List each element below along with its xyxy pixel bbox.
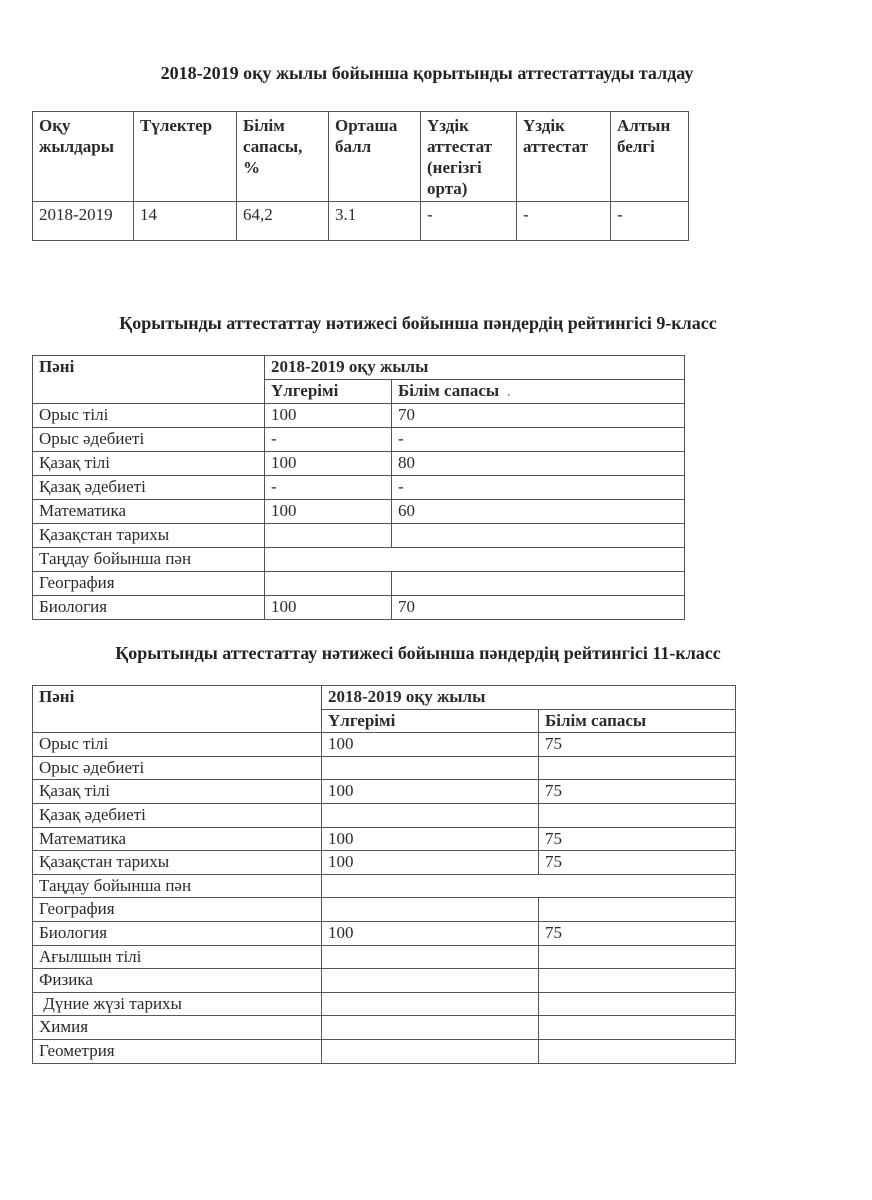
cell-quality (539, 992, 736, 1016)
cell-progress (322, 992, 539, 1016)
cell-subject: Орыс әдебиеті (33, 428, 265, 452)
table-row: Физика (33, 969, 736, 993)
stray-dot: . (507, 385, 510, 399)
cell-subject: Биология (33, 596, 265, 620)
cell-quality (392, 524, 685, 548)
header-subject: Пәні (33, 686, 322, 733)
cell-quality: 70 (392, 404, 685, 428)
cell-subject: Математика (33, 500, 265, 524)
cell-study-year: 2018-2019 (33, 202, 134, 241)
cell-progress: 100 (265, 404, 392, 428)
cell-quality: 75 (539, 780, 736, 804)
header-average-score: Орташа балл (329, 112, 421, 202)
cell-quality: 80 (392, 452, 685, 476)
header-honors-basic: Үздік аттестат (негізгі орта) (421, 112, 517, 202)
cell-subject: Қазақ тілі (33, 780, 322, 804)
cell-progress (322, 945, 539, 969)
cell-quality (539, 969, 736, 993)
header-graduates: Түлектер (134, 112, 237, 202)
header-honors-certificate: Үздік аттестат (517, 112, 611, 202)
table-row: Қазақстан тарихы (33, 524, 685, 548)
table-row: Таңдау бойынша пән (33, 548, 685, 572)
table-row: Орыс әдебиеті-- (33, 428, 685, 452)
header-year: 2018-2019 оқу жылы (265, 356, 685, 380)
cell-progress: 100 (265, 452, 392, 476)
cell-progress: 100 (265, 596, 392, 620)
header-progress: Үлгерімі (322, 709, 539, 733)
cell-quality (539, 1039, 736, 1063)
cell-progress (322, 1016, 539, 1040)
cell-quality: 75 (539, 921, 736, 945)
table-row: Қазақстан тарихы10075 (33, 851, 736, 875)
cell-honors-basic: - (421, 202, 517, 241)
grade9-rows: Орыс тілі10070Орыс әдебиеті--Қазақ тілі1… (33, 404, 685, 620)
cell-progress: 100 (322, 827, 539, 851)
cell-progress (322, 756, 539, 780)
table-row: Таңдау бойынша пән (33, 874, 736, 898)
cell-quality: - (392, 476, 685, 500)
cell-subject: Қазақ әдебиеті (33, 803, 322, 827)
cell-subject: Қазақстан тарихы (33, 851, 322, 875)
cell-quality: 75 (539, 827, 736, 851)
cell-progress (322, 898, 539, 922)
table-row: Орыс тілі10070 (33, 404, 685, 428)
cell-subject: Математика (33, 827, 322, 851)
header-quality: Білім сапасы (539, 709, 736, 733)
cell-subject: Қазақстан тарихы (33, 524, 265, 548)
cell-subject: Қазақ әдебиеті (33, 476, 265, 500)
table-row: Орыс әдебиеті (33, 756, 736, 780)
table-header-row: Оқу жылдары Түлектер Білім сапасы, % Орт… (33, 112, 689, 202)
header-study-years: Оқу жылдары (33, 112, 134, 202)
cell-merged-value (322, 874, 736, 898)
cell-quality (539, 945, 736, 969)
table-row: Биология10075 (33, 921, 736, 945)
cell-progress: 100 (265, 500, 392, 524)
cell-quality: 75 (539, 851, 736, 875)
table-row: Дүние жүзі тарихы (33, 992, 736, 1016)
cell-subject: Орыс тілі (33, 404, 265, 428)
header-quality: Білім сапасы. (392, 380, 685, 404)
table-row: Математика10075 (33, 827, 736, 851)
cell-subject: Орыс тілі (33, 733, 322, 757)
cell-subject: Физика (33, 969, 322, 993)
cell-quality (392, 572, 685, 596)
cell-progress: 100 (322, 851, 539, 875)
cell-quality (539, 803, 736, 827)
cell-progress (265, 572, 392, 596)
table-row: Қазақ әдебиеті-- (33, 476, 685, 500)
grade11-rating-table: Пәні 2018-2019 оқу жылы Үлгерімі Білім с… (32, 685, 736, 1064)
cell-subject: Орыс әдебиеті (33, 756, 322, 780)
header-subject: Пәні (33, 356, 265, 404)
cell-knowledge-quality: 64,2 (237, 202, 329, 241)
cell-subject: Биология (33, 921, 322, 945)
cell-subject: География (33, 898, 322, 922)
table-row: Биология10070 (33, 596, 685, 620)
grade9-rating-table: Пәні 2018-2019 оқу жылы Үлгерімі Білім с… (32, 355, 685, 620)
cell-progress (265, 524, 392, 548)
cell-subject: Таңдау бойынша пән (33, 874, 322, 898)
table-row: Орыс тілі10075 (33, 733, 736, 757)
cell-progress: 100 (322, 780, 539, 804)
table-row: Химия (33, 1016, 736, 1040)
cell-progress: - (265, 428, 392, 452)
cell-graduates: 14 (134, 202, 237, 241)
table-row: География (33, 572, 685, 596)
table-row: География (33, 898, 736, 922)
cell-quality: 60 (392, 500, 685, 524)
cell-progress: - (265, 476, 392, 500)
table-header-row: Пәні 2018-2019 оқу жылы (33, 356, 685, 380)
cell-quality (539, 898, 736, 922)
header-gold-medal: Алтын белгі (611, 112, 689, 202)
table-row: Қазақ тілі10080 (33, 452, 685, 476)
cell-subject: География (33, 572, 265, 596)
cell-progress: 100 (322, 921, 539, 945)
table-row: 2018-2019 14 64,2 3.1 - - - (33, 202, 689, 241)
cell-quality (539, 756, 736, 780)
cell-quality (539, 1016, 736, 1040)
analysis-title: 2018-2019 оқу жылы бойынша қорытынды атт… (0, 63, 854, 84)
attestation-analysis-table: Оқу жылдары Түлектер Білім сапасы, % Орт… (32, 111, 689, 241)
cell-quality: 75 (539, 733, 736, 757)
cell-subject: Химия (33, 1016, 322, 1040)
cell-subject: Қазақ тілі (33, 452, 265, 476)
table-row: Математика10060 (33, 500, 685, 524)
table-row: Геометрия (33, 1039, 736, 1063)
cell-progress (322, 803, 539, 827)
cell-merged-value (265, 548, 685, 572)
table-header-row: Пәні 2018-2019 оқу жылы (33, 686, 736, 710)
table-row: Ағылшын тілі (33, 945, 736, 969)
grade11-rows: Орыс тілі10075Орыс әдебиетіҚазақ тілі100… (33, 733, 736, 1063)
cell-subject: Геометрия (33, 1039, 322, 1063)
cell-progress (322, 969, 539, 993)
header-progress: Үлгерімі (265, 380, 392, 404)
header-knowledge-quality: Білім сапасы, % (237, 112, 329, 202)
cell-subject: Ағылшын тілі (33, 945, 322, 969)
cell-gold-medal: - (611, 202, 689, 241)
grade9-rating-title: Қорытынды аттестаттау нәтижесі бойынша п… (0, 313, 836, 334)
table-row: Қазақ тілі10075 (33, 780, 736, 804)
cell-subject: Дүние жүзі тарихы (33, 992, 322, 1016)
cell-subject: Таңдау бойынша пән (33, 548, 265, 572)
cell-progress: 100 (322, 733, 539, 757)
table-row: Қазақ әдебиеті (33, 803, 736, 827)
header-year: 2018-2019 оқу жылы (322, 686, 736, 710)
cell-quality: - (392, 428, 685, 452)
cell-progress (322, 1039, 539, 1063)
cell-average-score: 3.1 (329, 202, 421, 241)
cell-quality: 70 (392, 596, 685, 620)
grade11-rating-title: Қорытынды аттестаттау нәтижесі бойынша п… (0, 643, 836, 664)
cell-honors-certificate: - (517, 202, 611, 241)
